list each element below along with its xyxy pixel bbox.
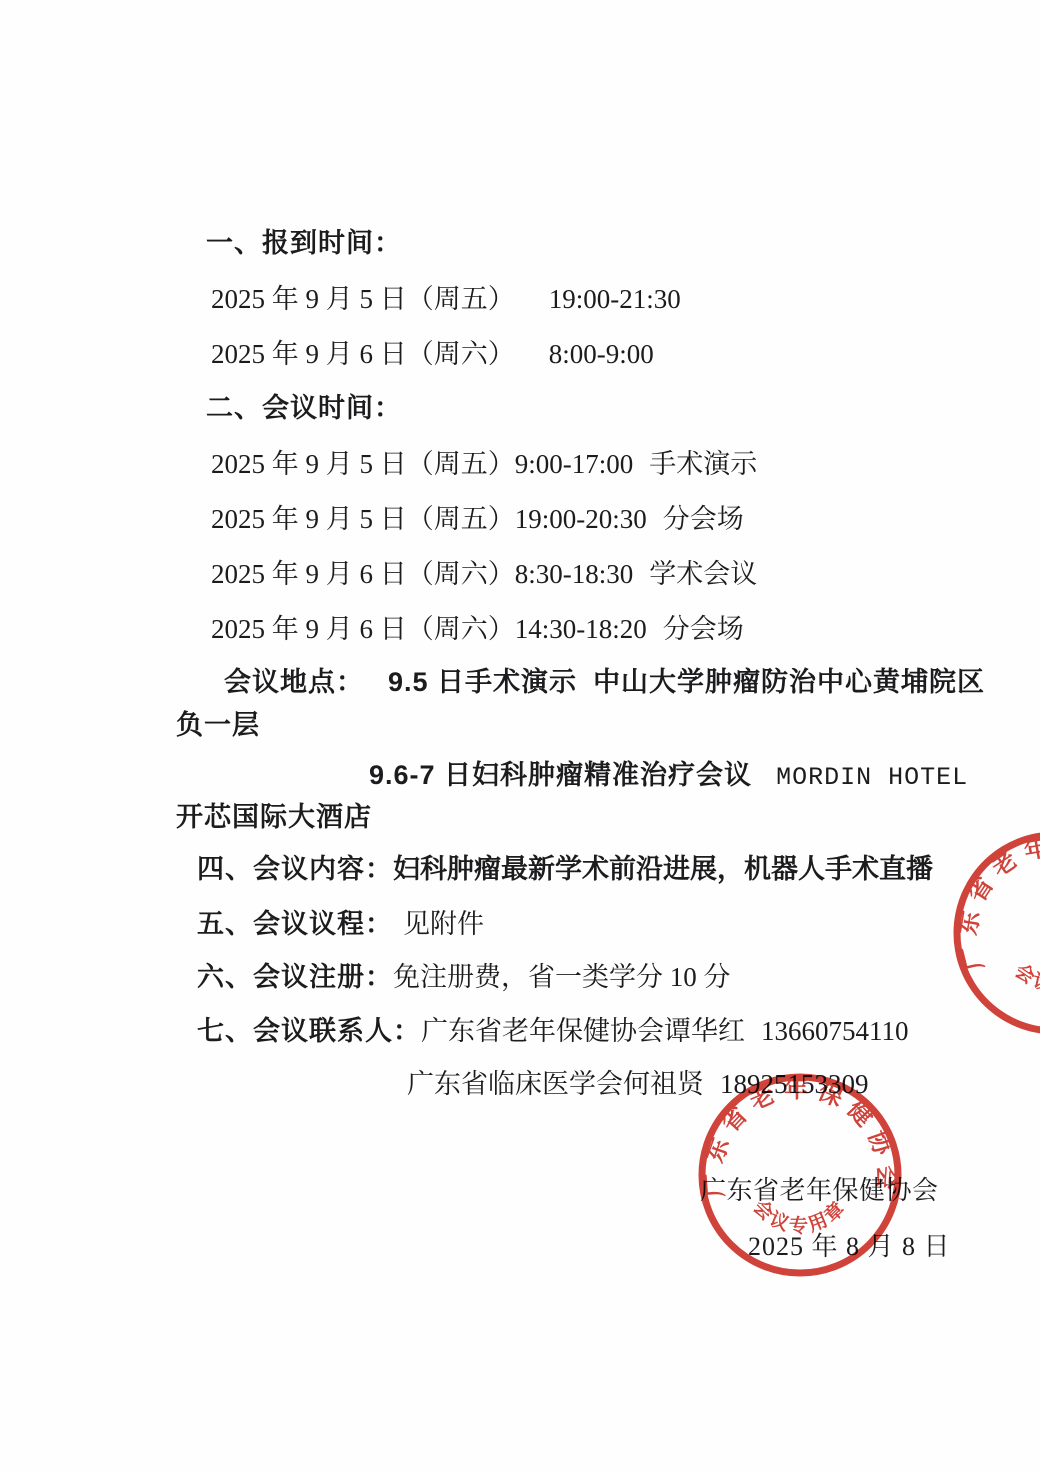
document-page: 一、报到时间： 2025 年 9 月 5 日（周五）19:00-21:30 20…	[0, 0, 1040, 1471]
svg-text:广东省老年保健协会: 广东省老年保健协会	[699, 1075, 901, 1198]
venue-event-2: 9.6-7 日妇科肿瘤精准治疗会议	[369, 760, 752, 790]
official-seal-partial-graphic: 广东省老年保健协会 会议专用章	[932, 810, 1040, 1056]
official-seal-partial: 广东省老年保健协会 会议专用章	[932, 810, 1040, 1056]
venue-line-2: 9.6-7 日妇科肿瘤精准治疗会议MORDIN HOTEL	[335, 725, 968, 827]
time-text: 8:00-9:00	[549, 339, 654, 369]
venue-line-1-wrap: 负一层	[142, 675, 260, 776]
seal-bottom-text: 会议专用章	[749, 1195, 852, 1237]
venue-place-1-cont: 负一层	[176, 710, 260, 740]
venue-line-1: 会议地点：9.5 日手术演示中山大学肿瘤防治中心黄埔院区	[190, 632, 985, 733]
seal-ring-text: 广东省老年保健协会	[699, 1075, 901, 1198]
official-seal-graphic: 广东省老年保健协会 会议专用章	[694, 1069, 906, 1281]
venue-place-1: 中山大学肿瘤防治中心黄埔院区	[593, 667, 985, 697]
contact2-name: 广东省临床医学会何祖贤	[407, 1069, 704, 1099]
official-seal: 广东省老年保健协会 会议专用章	[694, 1069, 906, 1281]
seal-ring-text: 广东省老年保健协会	[938, 817, 1040, 973]
svg-text:广东省老年保健协会: 广东省老年保健协会	[938, 817, 1040, 973]
svg-text:会议专用章: 会议专用章	[749, 1195, 852, 1237]
seal-bottom-text: 会议专用章	[1008, 944, 1040, 1003]
hotel-name-en: MORDIN HOTEL	[776, 763, 968, 792]
svg-text:会议专用章: 会议专用章	[1008, 944, 1040, 1003]
venue-event-1: 9.5 日手术演示	[388, 667, 577, 697]
